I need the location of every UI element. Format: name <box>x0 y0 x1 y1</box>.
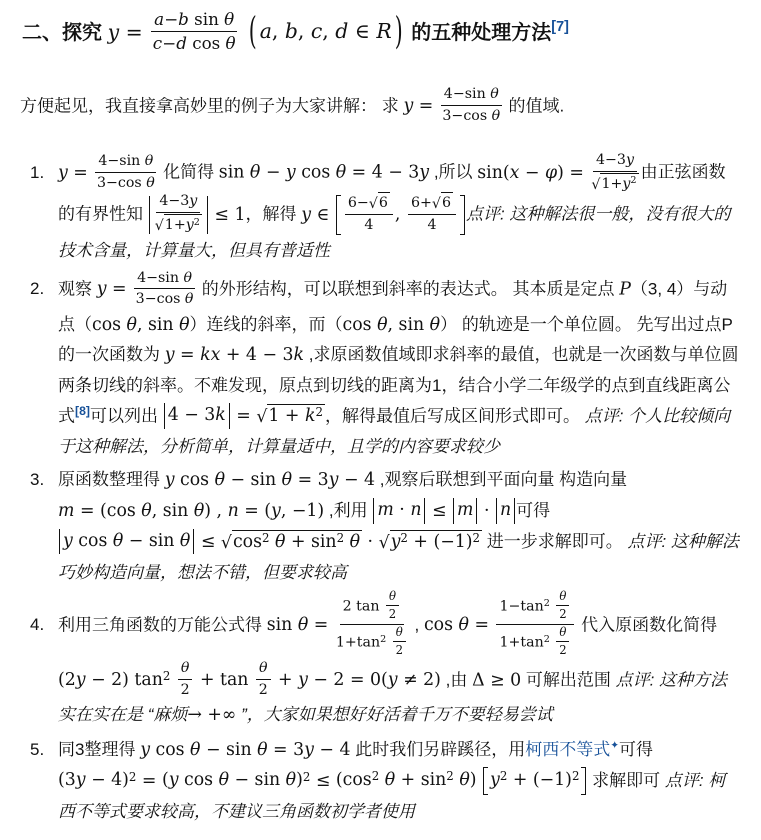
math-token <box>550 635 555 651</box>
math-token: 1+ <box>601 176 622 192</box>
math-token: 2 tan <box>343 598 384 614</box>
math-superscript: 2 <box>630 175 636 186</box>
text-run: 利用三角函数的万能公式得 <box>58 615 267 634</box>
method-item-4: 4.利用三角函数的万能公式得 sin θ = 2 tan θ21+tan2 θ2… <box>30 591 741 731</box>
abs-bar <box>514 498 515 524</box>
math-token: 4−sin <box>98 153 144 169</box>
math-variable: θ <box>113 531 123 551</box>
math-variable: y <box>388 670 398 690</box>
item-number: 5. <box>30 735 58 764</box>
math-token: 1+ <box>165 217 186 233</box>
math-token: = 4 − 3 <box>346 163 419 183</box>
math-variable: n <box>500 500 511 520</box>
abs-bar <box>207 196 208 234</box>
math-variable: y <box>169 770 179 790</box>
fraction-denominator: 1+tan2 θ2 <box>499 625 571 659</box>
math-token: − <box>519 163 545 183</box>
fraction-numerator: 4−sin θ <box>441 85 502 105</box>
item-number: 3. <box>30 465 58 494</box>
math-fence: n <box>495 496 516 526</box>
sqrt-radical-icon: √ <box>155 217 164 235</box>
math-variable: y <box>58 163 68 183</box>
math-token: + (−1) <box>408 532 473 552</box>
math-token: , <box>322 19 335 43</box>
math-token: Δ ≥ 0 <box>472 670 521 690</box>
text-run: ,由 <box>441 670 472 689</box>
math-variable: θ <box>377 315 387 335</box>
fraction-numerator: 6−√6 <box>345 192 393 214</box>
math-variable: y <box>304 740 314 760</box>
math-formula: P <box>619 279 631 299</box>
math-fraction: 4−3y√1+y2 <box>591 151 638 193</box>
math-variable: θ <box>396 625 403 639</box>
reference-link[interactable]: [8] <box>75 404 90 418</box>
math-token: sin <box>219 163 250 183</box>
math-token: = <box>107 279 133 299</box>
math-variable: y <box>63 531 73 551</box>
math-token: · <box>478 501 495 521</box>
fence-content: 3y − 4 <box>65 766 122 796</box>
math-superscript: 2 <box>572 769 580 783</box>
math-variable: m <box>58 501 74 521</box>
item-number: 4. <box>30 610 58 639</box>
math-variable: y <box>271 501 281 521</box>
fraction-denominator: 3−cos θ <box>442 106 500 125</box>
math-formula: (2y − 2) tan2 θ2 + tan θ2 + y − 2 = 0(y … <box>58 670 441 690</box>
math-variable: θ <box>282 470 292 490</box>
math-fraction: 6−√64 <box>345 192 393 234</box>
math-formula: cos θ, sin θ <box>343 315 441 335</box>
math-token: − <box>162 33 176 53</box>
math-fraction: 4−3y√1+y2 <box>155 192 202 234</box>
math-variable: k <box>200 345 211 365</box>
math-variable: d <box>335 19 348 43</box>
math-variable: θ <box>389 589 396 603</box>
fence-content: y2 + (−1)2 <box>490 766 579 796</box>
math-variable: θ <box>145 153 154 169</box>
math-formula: m · n ≤ m · n <box>372 501 516 521</box>
math-token: − <box>260 163 286 183</box>
math-token: = 3 <box>268 740 305 760</box>
link-star-icon[interactable]: ✦ <box>610 740 619 752</box>
text-run: 的值域. <box>504 96 564 115</box>
math-variable: y <box>329 470 339 490</box>
math-variable: y <box>186 217 194 233</box>
math-token: 1 + <box>268 406 305 426</box>
math-token: 3−cos <box>136 291 185 307</box>
math-variable: θ <box>490 86 499 102</box>
text-run: 求解即可 <box>587 771 664 790</box>
math-formula: sin(x − φ) = 4−3y√1+y2 <box>477 163 640 183</box>
math-variable: θ <box>385 770 395 790</box>
bracket-left <box>336 195 341 235</box>
math-variable: P <box>619 279 631 299</box>
math-token: − 4 <box>338 470 375 490</box>
fraction-denominator: 4 <box>364 215 373 234</box>
math-token: (2 <box>58 670 76 690</box>
math-fraction: θ2 <box>178 659 193 699</box>
math-formula: (3y − 4)2 = (y cos θ − sin θ)2 ≤ (cos2 θ… <box>58 771 587 791</box>
math-token: 1+tan <box>336 635 380 651</box>
sqrt-radicand: cos2 θ + sin2 θ <box>232 530 362 553</box>
paren-right: ) <box>122 766 129 796</box>
fraction-denominator: 2 <box>181 680 190 699</box>
math-token: 1+tan <box>499 635 543 651</box>
math-token: − 4 <box>314 740 351 760</box>
fraction-numerator: 4−3y <box>593 151 637 171</box>
math-variable: d <box>176 33 187 53</box>
math-fence: m <box>452 496 478 526</box>
fence-content: 6−√64, 6+√64 <box>343 194 458 236</box>
math-token: + 4 − 3 <box>220 345 293 365</box>
math-variable: θ <box>559 589 566 603</box>
math-token: 3 <box>65 770 76 790</box>
math-token: , <box>298 19 311 43</box>
math-formula: 4 − 3k = √1 + k2 <box>163 406 325 426</box>
paren-right: ) <box>470 766 477 796</box>
math-token: 2 <box>396 643 403 657</box>
sqrt-radical-icon: √ <box>591 176 600 194</box>
math-fraction: 1−tan2 θ21+tan2 θ2 <box>496 590 574 660</box>
math-token: + sin <box>285 532 336 552</box>
math-fraction: 4−sin θ3−cos θ <box>441 85 502 125</box>
math-token: ∈ <box>348 19 376 43</box>
math-superscript: 2 <box>194 217 200 228</box>
comment-text: ”，大家如果想好好活着千万不要轻易尝试 <box>236 705 552 724</box>
sqrt-radicand: 1+y2 <box>164 214 202 233</box>
fraction-numerator: θ <box>556 589 569 606</box>
abs-bar <box>496 498 497 524</box>
math-token: cos <box>92 315 127 335</box>
math-token: 4−3 <box>159 193 189 209</box>
text-run: 的外形结构，可以联想到斜率的表达式。 其本质是定点 <box>197 279 619 298</box>
math-token: cos <box>343 770 372 790</box>
math-token <box>170 670 176 690</box>
fence-content: m · n <box>377 496 421 526</box>
text-run: 二、探究 <box>22 22 108 44</box>
math-token: = <box>469 615 495 635</box>
article-body: 二、探究 y = a−b sin θc−d cos θ (a, b, c, d … <box>0 0 761 840</box>
fraction-numerator: θ <box>178 659 193 679</box>
math-variable: y <box>626 152 634 168</box>
math-token: 2 <box>181 682 190 698</box>
math-variable: y <box>189 193 197 209</box>
math-token: 6+ <box>411 195 432 211</box>
math-sqrt: √6 <box>369 195 390 211</box>
math-token: cos <box>233 532 262 552</box>
math-token: cos <box>296 163 336 183</box>
math-variable: θ <box>190 740 200 760</box>
fence-content: a, b, c, d ∈ R <box>260 17 392 47</box>
math-token: − 4 <box>86 770 123 790</box>
math-token: = <box>136 771 162 791</box>
math-token: 3−cos <box>442 108 491 124</box>
math-fraction: θ2 <box>256 659 271 699</box>
abs-bar <box>149 196 150 234</box>
fraction-denominator: 2 <box>559 642 566 658</box>
text-run: ，解得最值后写成区间形式即可。 <box>325 406 585 425</box>
math-variable: b <box>178 9 189 29</box>
math-token: + (−1) <box>507 770 572 790</box>
text-run: ）连线的斜率，而（ <box>190 315 343 334</box>
math-fence: (cos2 θ + sin2 θ) <box>336 766 477 796</box>
text-run: 同3整理得 <box>58 740 140 759</box>
math-token: 3−cos <box>97 175 146 191</box>
math-token: , −1) <box>281 501 324 521</box>
math-variable: y <box>490 770 500 790</box>
math-variable: y <box>108 20 120 44</box>
math-token: sin( <box>477 163 509 183</box>
math-variable: c <box>153 33 162 53</box>
math-variable: m <box>377 500 393 520</box>
math-fraction: θ2 <box>393 625 406 658</box>
fence-content: m <box>457 496 473 526</box>
text-run: ,利用 <box>324 501 372 520</box>
math-variable: R <box>376 19 391 43</box>
fence-content: n <box>500 496 511 526</box>
math-token: 2 <box>389 607 396 621</box>
math-fence: (a, b, c, d ∈ R) <box>246 17 406 47</box>
math-formula: y = 4−sin θ3−cos θ <box>97 279 197 299</box>
math-token: = <box>68 163 94 183</box>
sqrt-radicand: y2 + (−1)2 <box>390 530 482 553</box>
math-variable: θ <box>127 315 137 335</box>
sqrt-radicand: 1 + k2 <box>267 404 325 427</box>
abs-bar <box>229 403 230 429</box>
sqrt-radicand: 6 <box>441 192 453 211</box>
math-fence: y2 + (−1)2 <box>482 766 587 796</box>
math-variable: θ <box>180 531 190 551</box>
bracket-right <box>581 767 586 795</box>
math-token: 4 − 3 <box>168 405 216 425</box>
fraction-numerator: 1−tan2 θ2 <box>496 590 574 625</box>
math-token: 4−sin <box>444 86 490 102</box>
fraction-denominator: c−d cos θ <box>153 32 236 55</box>
math-superscript: 2 <box>315 405 323 419</box>
math-fraction: 2 tan θ21+tan2 θ2 <box>336 590 408 660</box>
math-token: + <box>273 670 299 690</box>
math-variable: θ <box>184 270 193 286</box>
math-variable: θ <box>194 501 204 521</box>
math-variable: k <box>215 405 226 425</box>
math-fraction: θ2 <box>386 589 399 622</box>
math-token: − sin <box>200 740 257 760</box>
math-superscript: 2 <box>473 531 481 545</box>
math-token: − sin <box>225 470 282 490</box>
text-run: 代入原函数化简得 <box>576 615 717 634</box>
math-formula: y = kx + 4 − 3k <box>165 345 304 365</box>
math-token: 6 <box>379 195 388 211</box>
math-variable: θ <box>259 660 268 676</box>
math-token: cos <box>73 531 113 551</box>
math-variable: θ <box>181 660 190 676</box>
math-variable: θ <box>219 770 229 790</box>
section-heading: 二、探究 y = a−b sin θc−d cos θ (a, b, c, d … <box>22 10 741 57</box>
math-fraction: 6+√64 <box>408 192 456 234</box>
method-item-2: 2.观察 y = 4−sin θ3−cos θ 的外形结构，可以联想到斜率的表达… <box>30 270 741 462</box>
fraction-numerator: θ <box>386 589 399 606</box>
paren-left: ( <box>336 766 343 796</box>
text-run: 可解出范围 <box>521 670 615 689</box>
paren-left: ( <box>249 5 257 60</box>
math-fraction: 4−sin θ3−cos θ <box>134 269 195 309</box>
math-formula: y ∈ 6−√64, 6+√64 <box>301 205 466 225</box>
math-token: ) = <box>557 163 589 183</box>
text-run: ,观察后联想到平面向量 构造向量 <box>375 470 627 489</box>
method-item-5: 5.同3整理得 y cos θ − sin θ = 3y − 4 此时我们另辟蹊… <box>30 735 741 826</box>
math-variable: y <box>301 205 311 225</box>
sqrt-radical-icon: √ <box>369 195 378 213</box>
fraction-numerator: a−b sin θ <box>151 9 237 33</box>
math-token: − sin <box>229 770 286 790</box>
math-fraction: 4−sin θ3−cos θ <box>95 152 156 192</box>
math-superscript: 2 <box>372 769 380 783</box>
math-variable: θ <box>224 9 234 29</box>
math-formula: y cos θ − sin θ = 3y − 4 <box>165 470 375 490</box>
math-token: , sin <box>137 315 179 335</box>
math-sqrt: √1+y2 <box>155 217 202 233</box>
item-number: 2. <box>30 274 58 303</box>
math-token: , sin <box>152 501 194 521</box>
fence-content: y cos θ − sin θ <box>169 766 296 796</box>
math-variable: θ <box>459 770 469 790</box>
abs-bar <box>424 498 425 524</box>
math-variable: k <box>294 345 305 365</box>
math-variable: y <box>286 163 296 183</box>
math-token <box>550 598 555 614</box>
math-formula: sin θ = 2 tan θ21+tan2 θ2 <box>267 615 410 635</box>
math-token: 1−tan <box>499 598 543 614</box>
math-formula: Δ ≥ 0 <box>472 670 521 690</box>
math-token: 6− <box>348 195 369 211</box>
sqrt-radicand: 6 <box>378 192 390 211</box>
math-variable: θ <box>298 615 308 635</box>
fraction-numerator: θ <box>556 625 569 642</box>
math-formula: y cos θ − sin θ ≤ √cos2 θ + sin2 θ · √y2… <box>58 532 482 552</box>
math-variable: θ <box>559 625 566 639</box>
math-sqrt: √1+y2 <box>591 176 638 192</box>
math-token: sin <box>189 9 224 29</box>
text-run: 的五种处理方法 <box>406 22 552 44</box>
math-token: 6 <box>442 195 451 211</box>
math-token: 2 <box>559 607 566 621</box>
math-token: + sin <box>395 770 446 790</box>
math-sqrt: √6 <box>432 195 453 211</box>
sqrt-radical-icon: √ <box>221 529 232 559</box>
bracket-left <box>483 767 488 795</box>
text-run: 可以列出 <box>90 406 163 425</box>
text-run: 此时我们另辟蹊径，用 <box>350 740 525 759</box>
math-token: = (cos <box>74 501 141 521</box>
math-variable: x <box>211 345 221 365</box>
math-token: 2 <box>559 643 566 657</box>
inline-link[interactable]: 柯西不等式 <box>525 740 610 759</box>
math-variable: y <box>403 96 413 116</box>
text-run: 化简得 <box>158 163 218 182</box>
math-fraction: a−b sin θc−d cos θ <box>151 9 237 56</box>
math-variable: x <box>510 163 520 183</box>
math-variable: y <box>391 532 401 552</box>
abs-bar <box>164 403 165 429</box>
fraction-denominator: 4 <box>427 215 436 234</box>
method-item-1: 1.y = 4−sin θ3−cos θ 化简得 sin θ − y cos θ… <box>30 152 741 265</box>
math-formula: y cos θ − sin θ = 3y − 4 <box>140 740 350 760</box>
math-formula: m = (cos θ, sin θ) , n = (y, −1) <box>58 501 324 521</box>
math-variable: θ <box>257 740 267 760</box>
math-formula: → +∞ <box>187 705 236 725</box>
fraction-numerator: 2 tan θ2 <box>340 590 404 625</box>
fraction-denominator: 2 <box>559 606 566 622</box>
math-variable: c <box>311 19 322 43</box>
math-token: = 3 <box>292 470 329 490</box>
math-token: − sin <box>123 531 180 551</box>
math-fraction: θ2 <box>556 625 569 658</box>
math-variable: y <box>76 670 86 690</box>
math-fence: y cos θ − sin θ <box>58 527 195 557</box>
paren-right: ) <box>395 5 403 60</box>
math-superscript: 2 <box>500 769 508 783</box>
math-variable: k <box>305 406 316 426</box>
fence-content: 4 − 3k <box>168 401 226 431</box>
intro-paragraph: 方便起见，我直接拿高妙里的例子为大家讲解： 求 y = 4−sin θ3−cos… <box>20 87 741 127</box>
methods-list: 1.y = 4−sin θ3−cos θ 化简得 sin θ − y cos θ… <box>20 152 741 826</box>
math-token: − <box>164 9 178 29</box>
math-token <box>386 635 391 651</box>
reference-link[interactable]: [7] <box>551 19 569 35</box>
math-variable: θ <box>492 108 501 124</box>
fraction-denominator: 1+tan2 θ2 <box>336 625 408 659</box>
math-token: cos <box>424 615 459 635</box>
math-token: cos <box>179 770 219 790</box>
math-variable: n <box>228 501 239 521</box>
math-token: − 2 = 0( <box>308 670 388 690</box>
math-token: · <box>362 532 379 552</box>
math-variable: y <box>165 345 175 365</box>
math-token: → +∞ <box>187 705 236 725</box>
math-variable: θ <box>350 532 360 552</box>
fraction-numerator: 6+√6 <box>408 192 456 214</box>
math-token: − 2) tan <box>86 670 163 690</box>
math-fence: 4−3y√1+y2 <box>148 194 209 236</box>
abs-bar <box>373 498 374 524</box>
abs-bar <box>59 529 60 555</box>
paren-left: ( <box>58 766 65 796</box>
math-variable: m <box>457 500 473 520</box>
math-superscript: 2 <box>400 531 408 545</box>
math-token: ≤ <box>426 501 452 521</box>
abs-bar <box>476 498 477 524</box>
fraction-numerator: θ <box>256 659 271 679</box>
text-run: 方便起见，我直接拿高妙里的例子为大家讲解： 求 <box>20 96 403 115</box>
math-token: , <box>395 204 406 224</box>
math-fence: (y cos θ − sin θ) <box>162 766 303 796</box>
math-token: · <box>394 500 411 520</box>
math-token: ≤ <box>195 532 221 552</box>
math-variable: θ <box>226 33 236 53</box>
math-superscript: 2 <box>262 531 270 545</box>
math-formula: 4−3y√1+y2 ≤ 1 <box>148 205 246 225</box>
math-superscript: 2 <box>446 769 454 783</box>
math-variable: θ <box>459 615 469 635</box>
text-run: ,所以 <box>429 163 477 182</box>
item-number: 1. <box>30 158 58 187</box>
math-fence: 6−√64, 6+√64 <box>335 194 466 236</box>
math-superscript: 2 <box>544 634 550 645</box>
math-token: 2 <box>259 682 268 698</box>
math-token: 4−3 <box>596 152 626 168</box>
math-superscript: 2 <box>380 634 386 645</box>
math-token: , sin <box>388 315 430 335</box>
